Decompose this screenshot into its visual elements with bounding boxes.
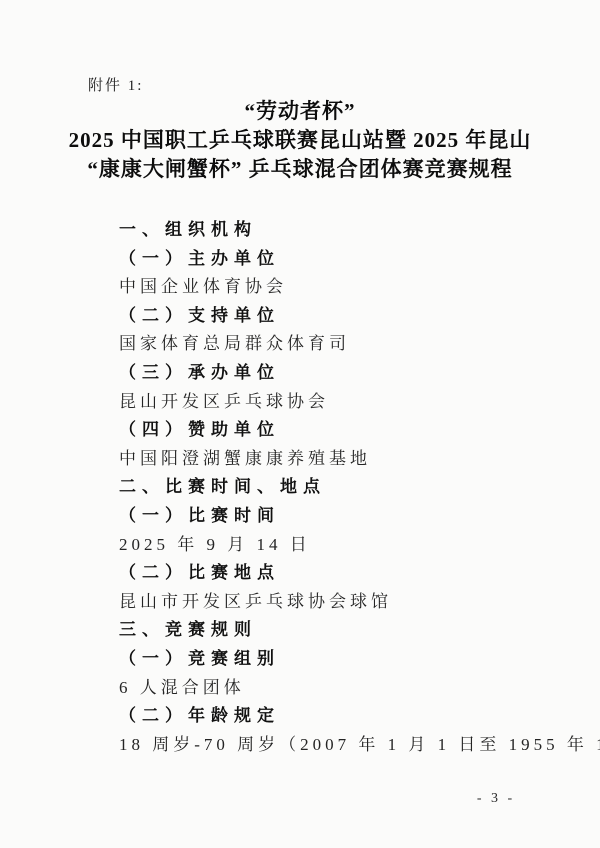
- body-heading-line: （一）比赛时间: [119, 502, 560, 531]
- body-heading-line: （一）主办单位: [119, 245, 560, 274]
- title-line-3: “康康大闸蟹杯” 乒乓球混合团体赛竞赛规程: [0, 155, 600, 184]
- body-heading-line: （二）年龄规定: [119, 702, 560, 731]
- document-title: “劳动者杯” 2025 中国职工乒乓球联赛昆山站暨 2025 年昆山 “康康大闸…: [0, 97, 600, 184]
- body-text-line: 中国阳澄湖蟹康康养殖基地: [119, 445, 560, 474]
- body-text-line: 2025 年 9 月 14 日: [119, 531, 560, 560]
- body-text-line: 18 周岁-70 周岁（2007 年 1 月 1 日至 1955 年 12 月 …: [119, 731, 560, 760]
- page-number: - 3 -: [460, 791, 532, 807]
- body-heading-line: （二）支持单位: [119, 302, 560, 331]
- document-body: 一、组织机构（一）主办单位中国企业体育协会（二）支持单位国家体育总局群众体育司（…: [119, 216, 560, 759]
- body-text-line: 昆山开发区乒乓球协会: [119, 388, 560, 417]
- body-heading-line: 三、竞赛规则: [119, 616, 560, 645]
- body-heading-line: （二）比赛地点: [119, 559, 560, 588]
- scanned-document-page: 附件 1: “劳动者杯” 2025 中国职工乒乓球联赛昆山站暨 2025 年昆山…: [0, 0, 600, 848]
- title-line-1: “劳动者杯”: [0, 97, 600, 126]
- attachment-label: 附件 1:: [88, 74, 143, 95]
- body-text-line: 昆山市开发区乒乓球协会球馆: [119, 588, 560, 617]
- body-heading-line: （一）竞赛组别: [119, 645, 560, 674]
- body-text-line: 中国企业体育协会: [119, 273, 560, 302]
- body-heading-line: （三）承办单位: [119, 359, 560, 388]
- body-text-line: 国家体育总局群众体育司: [119, 330, 560, 359]
- body-heading-line: 二、比赛时间、地点: [119, 473, 560, 502]
- body-text-line: 6 人混合团体: [119, 674, 560, 703]
- title-line-2: 2025 中国职工乒乓球联赛昆山站暨 2025 年昆山: [0, 126, 600, 155]
- body-heading-line: 一、组织机构: [119, 216, 560, 245]
- body-heading-line: （四）赞助单位: [119, 416, 560, 445]
